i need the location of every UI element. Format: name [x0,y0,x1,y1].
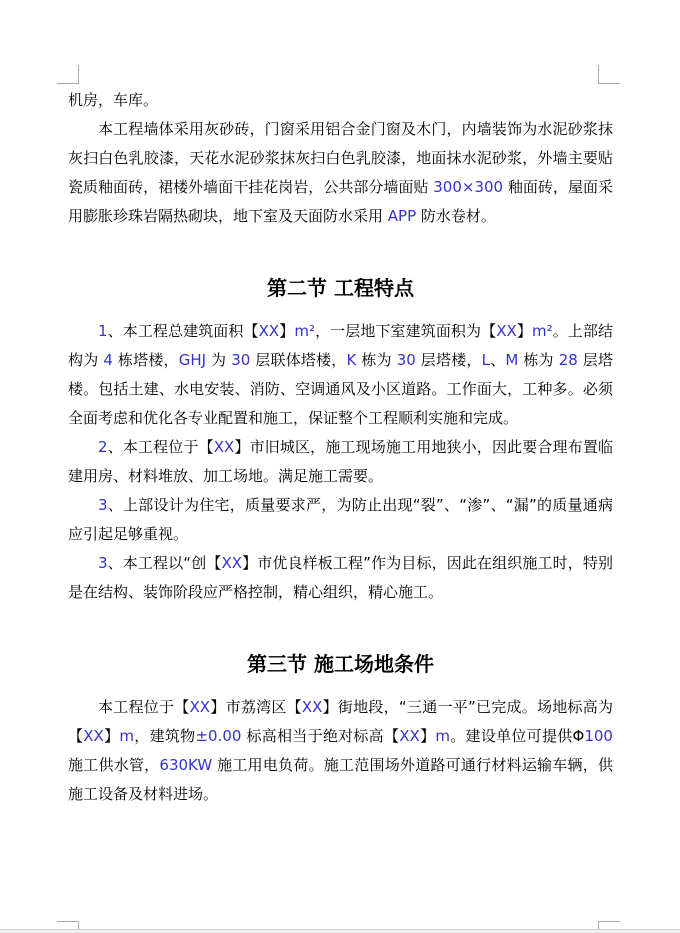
text-run: 】 [517,322,532,340]
paragraph: 3、上部设计为住宅，质量要求严，为防止出现“裂”、“渗”、“漏”的质量通病应引起… [68,491,613,549]
text-run: 栋塔楼， [113,351,179,369]
accent-text: 630KW [159,756,212,774]
accent-text: APP [388,207,416,225]
text-run: 层联体塔楼， [250,351,346,369]
text-run: 本工程位于【 [98,698,190,716]
accent-text: XX [214,438,235,456]
text-run: 为 [206,351,231,369]
section-heading: 第二节 工程特点 [68,273,613,303]
paragraph: 本工程墙体采用灰砂砖，门窗采用铝合金门窗及木门，内墙装饰为水泥砂浆抹灰扫白色乳胶… [68,115,613,231]
accent-text: XX [83,727,104,745]
page-margin-mark-top-right [598,65,620,84]
text-run: 、本工程以“创【 [108,554,222,572]
text-run: 】 [279,322,294,340]
accent-text: 28 [559,351,578,369]
document-page: 机房，车库。本工程墙体采用灰砂砖，门窗采用铝合金门窗及木门，内墙装饰为水泥砂浆抹… [0,0,680,933]
text-run: 、本工程位于【 [108,438,214,456]
text-run: 第三节 施工场地条件 [247,652,434,676]
accent-text: m² [532,322,553,340]
accent-text: 300×300 [433,178,503,196]
accent-text: 30 [231,351,250,369]
document-body: 机房，车库。本工程墙体采用灰砂砖，门窗采用铝合金门窗及木门，内墙装饰为水泥砂浆抹… [68,86,613,809]
text-run: 栋为 [518,351,558,369]
accent-text: XX [190,698,211,716]
text-run: 层塔楼， [416,351,482,369]
accent-text: m [435,727,450,745]
accent-text: m [119,727,134,745]
text-run: 】 [104,727,120,745]
text-run: 第二节 工程特点 [267,276,414,300]
accent-text: XX [221,554,242,572]
accent-text: 1 [98,322,108,340]
text-run: 标高相当于绝对标高【 [241,727,399,745]
text-run: 、本工程总建筑面积【 [108,322,259,340]
accent-text: 100 [584,727,613,745]
accent-text: XX [302,698,323,716]
paragraph: 2、本工程位于【XX】市旧城区，施工现场施工用地狭小，因此要合理布置临建用房、材… [68,433,613,491]
text-run: 栋为 [356,351,396,369]
text-run: 机房，车库。 [68,91,158,109]
paragraph: 3、本工程以“创【XX】市优良样板工程”作为目标，因此在组织施工时，特别是在结构… [68,549,613,607]
section-heading: 第三节 施工场地条件 [68,649,613,679]
accent-text: XX [496,322,517,340]
accent-text: 3 [98,554,108,572]
text-run: 】市荔湾区【 [210,698,302,716]
accent-text: XX [259,322,280,340]
text-run: 、上部设计为住宅，质量要求严，为防止出现“裂”、“渗”、“漏”的质量通病应引起足… [68,496,613,543]
text-run: 】 [420,727,436,745]
accent-text: ±0.00 [195,727,241,745]
text-run: 。建设单位可提供Φ [450,727,584,745]
accent-text: 3 [98,496,108,514]
accent-text: XX [399,727,420,745]
paragraph: 1、本工程总建筑面积【XX】m²，一层地下室建筑面积为【XX】m²。上部结构为 … [68,317,613,433]
accent-text: M [505,351,518,369]
accent-text: GHJ [179,351,206,369]
paragraph: 机房，车库。 [68,86,613,115]
page-margin-mark-top-left [57,65,79,84]
text-run: ，一层地下室建筑面积为【 [315,322,496,340]
accent-text: m² [294,322,315,340]
accent-text: 30 [397,351,416,369]
accent-text: 4 [103,351,113,369]
accent-text: K [347,351,357,369]
accent-text: L [482,351,490,369]
text-run: ，建筑物 [134,727,195,745]
page-bottom-edge [0,929,680,933]
text-run: 施工供水管， [68,756,159,774]
text-run: 防水卷材。 [416,207,496,225]
paragraph: 本工程位于【XX】市荔湾区【XX】街地段，“三通一平”已完成。场地标高为【XX】… [68,693,613,809]
accent-text: 2 [98,438,108,456]
text-run: 、 [490,351,505,369]
